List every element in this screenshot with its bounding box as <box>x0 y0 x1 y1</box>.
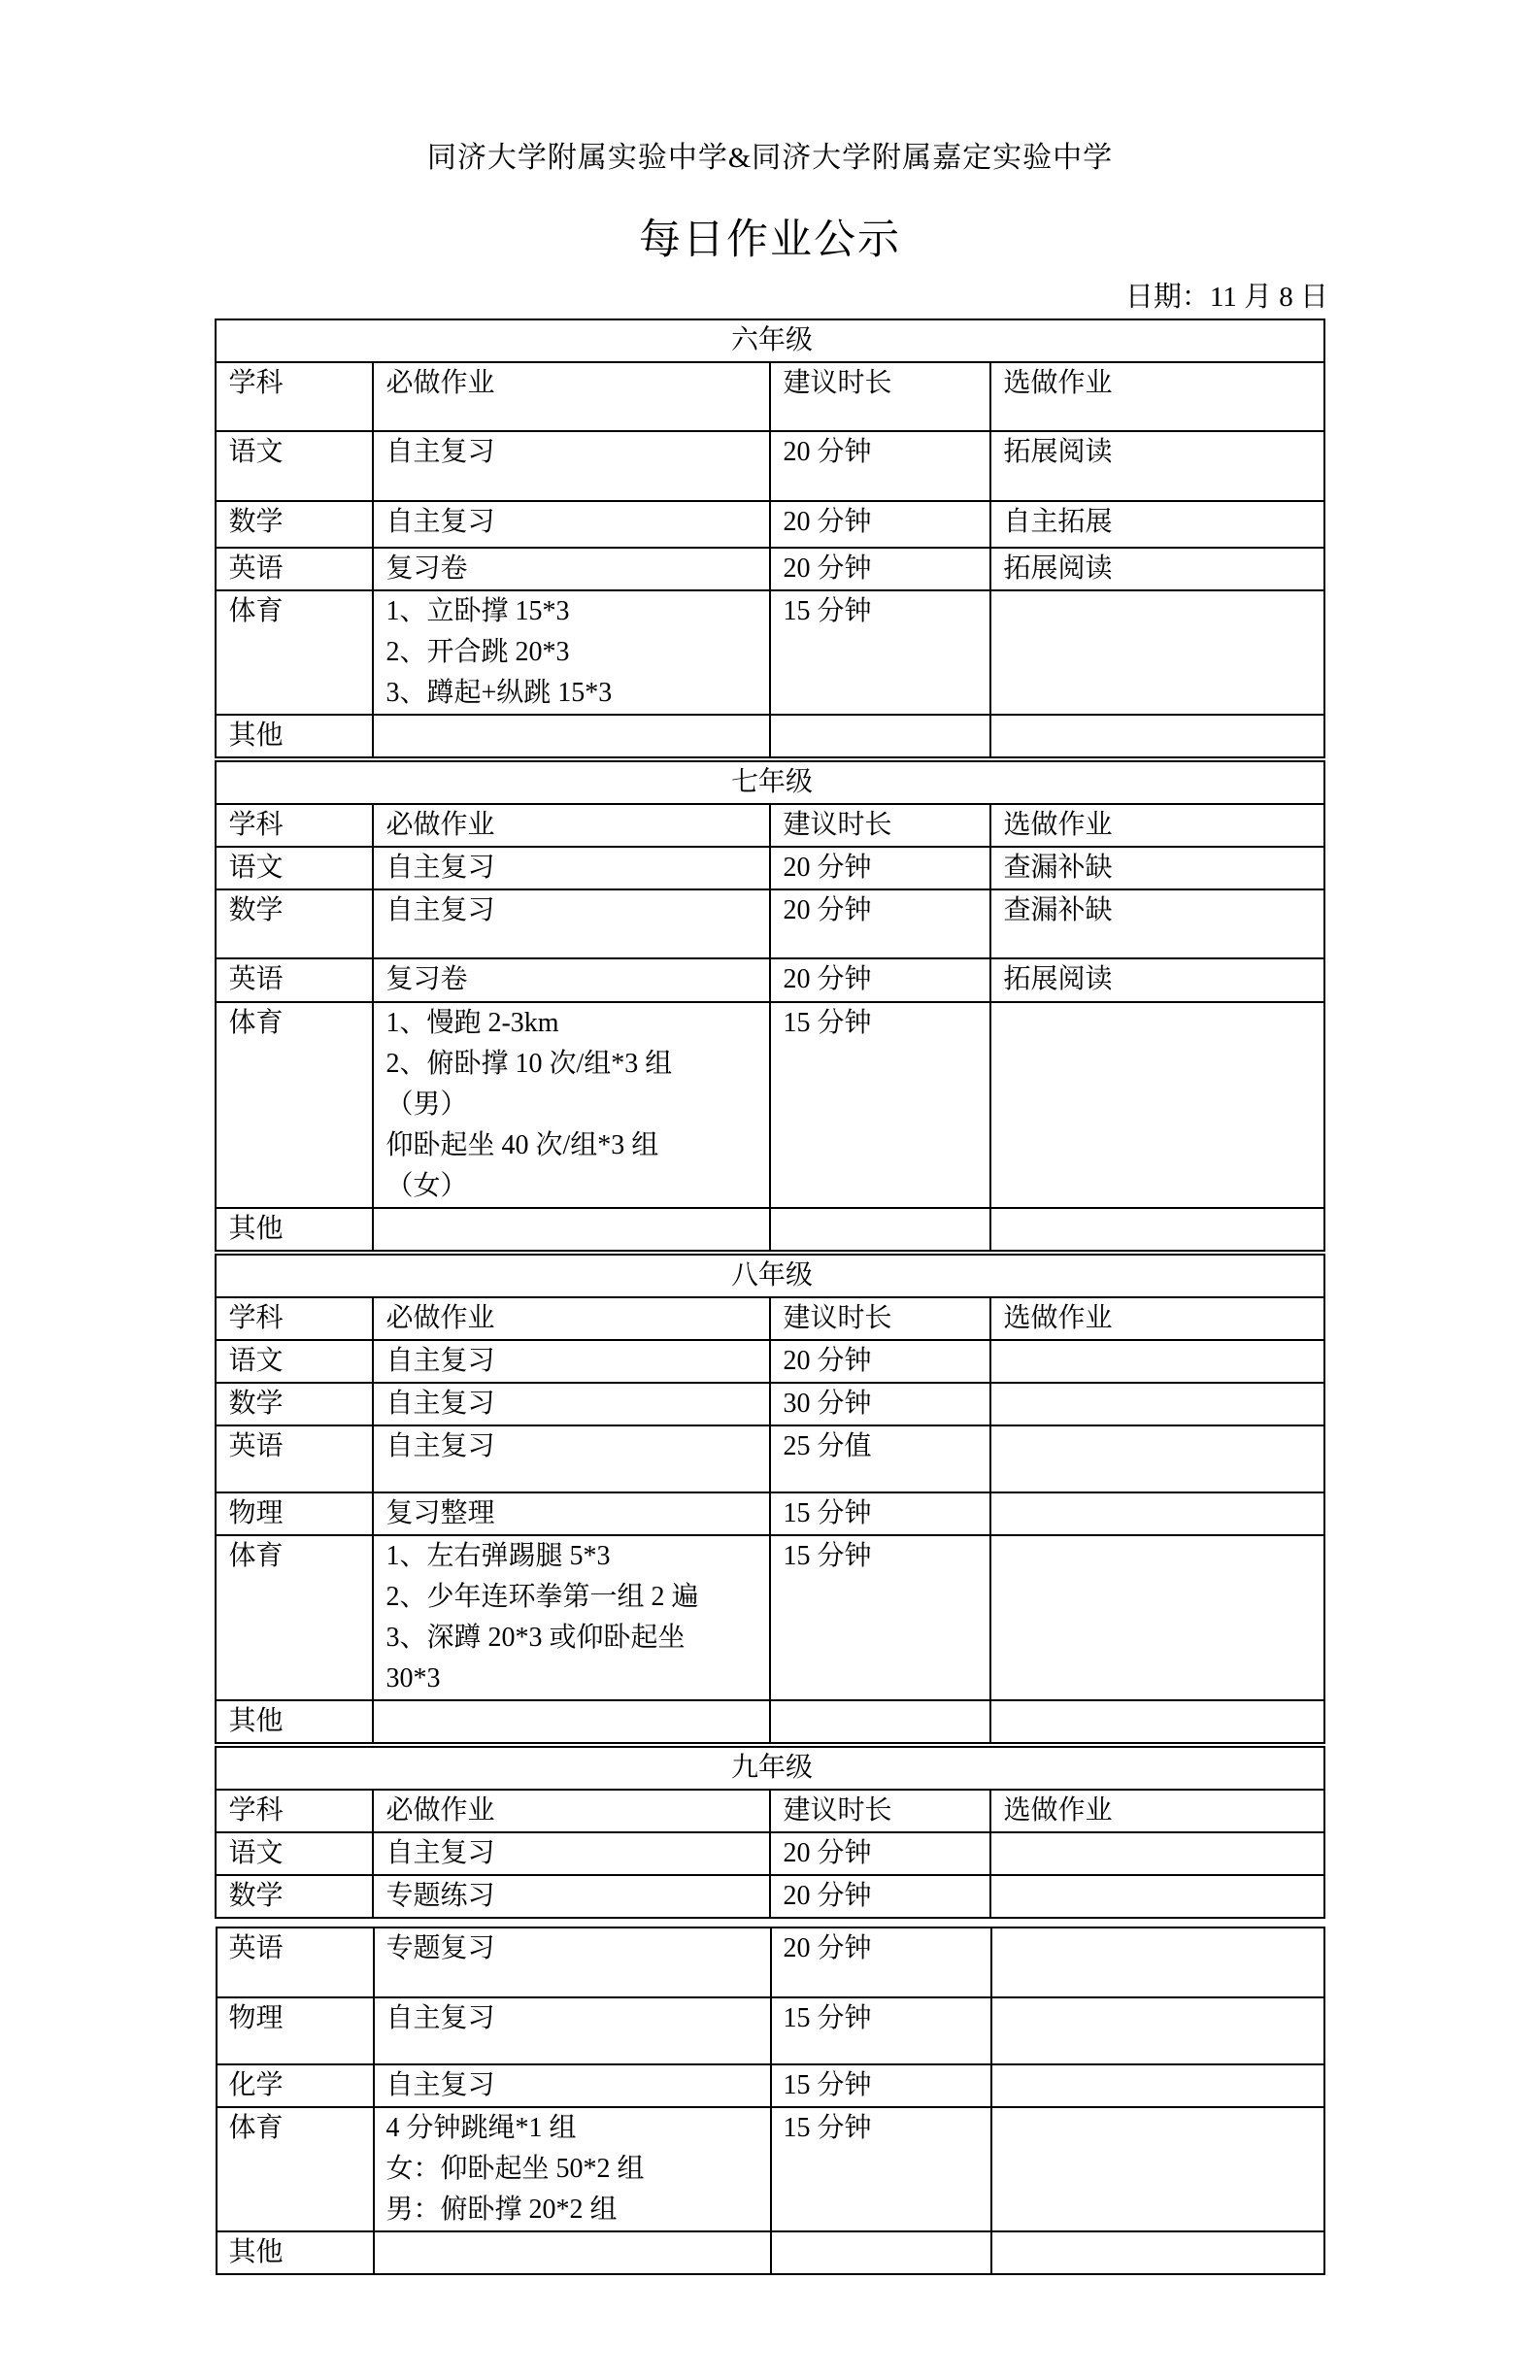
optional-cell: 自主拓展 <box>990 501 1323 548</box>
subject-cell: 化学 <box>217 2064 374 2107</box>
column-header-duration: 建议时长 <box>770 1790 990 1832</box>
required-cell: 自主复习 <box>373 501 770 548</box>
duration-cell <box>770 1208 990 1251</box>
optional-cell: 拓展阅读 <box>990 548 1323 590</box>
table-row: 数学 自主复习 20 分钟 自主拓展 <box>216 501 1323 548</box>
optional-cell <box>990 1383 1323 1425</box>
duration-cell: 15 分钟 <box>771 2064 991 2107</box>
grade-title: 八年级 <box>216 1255 1323 1297</box>
duration-cell: 25 分值 <box>770 1425 990 1492</box>
column-header-optional: 选做作业 <box>990 1790 1323 1832</box>
subject-cell: 语文 <box>216 1832 373 1875</box>
table-row: 其他 <box>216 715 1323 757</box>
required-cell <box>373 1700 770 1743</box>
required-line: 女：仰卧起坐 50*2 组 <box>386 2149 762 2190</box>
table-row: 体育 1、左右弹踢腿 5*3 2、少年连环拳第一组 2 遍 3、深蹲 20*3 … <box>216 1535 1323 1700</box>
grade-7-table: 七年级 学科 必做作业 建议时长 选做作业 语文 自主复习 20 分钟 查漏补缺… <box>215 760 1324 1252</box>
table-row: 数学 自主复习 20 分钟 查漏补缺 <box>216 889 1323 958</box>
subject-cell: 其他 <box>217 2231 374 2274</box>
optional-cell <box>990 1875 1323 1918</box>
required-line: 自主复习 <box>385 1426 761 1467</box>
required-line: 3、蹲起+纵跳 15*3 <box>385 673 761 714</box>
table-row: 语文 自主复习 20 分钟 拓展阅读 <box>216 431 1323 501</box>
required-line: 自主复习 <box>385 1341 761 1382</box>
subject-cell: 英语 <box>216 958 373 1002</box>
optional-cell <box>990 590 1323 715</box>
duration-cell: 20 分钟 <box>770 431 990 501</box>
table-row: 体育 4 分钟跳绳*1 组 女：仰卧起坐 50*2 组 男：俯卧撑 20*2 组… <box>217 2107 1324 2231</box>
grade-8-table: 八年级 学科 必做作业 建议时长 选做作业 语文 自主复习 20 分钟 数学 自… <box>215 1254 1324 1744</box>
optional-cell: 查漏补缺 <box>990 889 1323 958</box>
required-line: 3、深蹲 20*3 或仰卧起坐 <box>385 1618 761 1659</box>
required-line: 专题复习 <box>386 1928 762 1969</box>
table-row: 语文 自主复习 20 分钟 查漏补缺 <box>216 847 1323 889</box>
table-row: 数学 自主复习 30 分钟 <box>216 1383 1323 1425</box>
optional-cell: 拓展阅读 <box>990 958 1323 1002</box>
optional-cell <box>991 2107 1324 2231</box>
required-line: 2、少年连环拳第一组 2 遍 <box>385 1577 761 1618</box>
table-row: 英语 专题复习 20 分钟 <box>217 1927 1324 1997</box>
subject-cell: 语文 <box>216 431 373 501</box>
optional-cell <box>991 2231 1324 2274</box>
column-header-duration: 建议时长 <box>770 804 990 847</box>
duration-cell: 15 分钟 <box>770 1002 990 1208</box>
table-row: 语文 自主复习 20 分钟 <box>216 1832 1323 1875</box>
required-cell: 自主复习 <box>374 1997 771 2064</box>
required-cell: 专题复习 <box>374 1927 771 1997</box>
required-line: 4 分钟跳绳*1 组 <box>386 2108 762 2149</box>
column-header-required: 必做作业 <box>373 1297 770 1340</box>
column-header-duration: 建议时长 <box>770 1297 990 1340</box>
subject-cell: 其他 <box>216 1700 373 1743</box>
duration-cell <box>770 1700 990 1743</box>
grade-6-table: 六年级 学科 必做作业 建议时长 选做作业 语文 自主复习 20 分钟 拓展阅读… <box>215 318 1324 758</box>
duration-cell: 15 分钟 <box>771 2107 991 2231</box>
page-title: 每日作业公示 <box>0 218 1540 264</box>
column-header-duration: 建议时长 <box>770 362 990 431</box>
table-row: 英语 自主复习 25 分值 <box>216 1425 1323 1492</box>
optional-cell <box>990 1002 1323 1208</box>
optional-cell <box>990 1492 1323 1535</box>
subject-cell: 数学 <box>216 889 373 958</box>
column-header-optional: 选做作业 <box>990 1297 1323 1340</box>
optional-cell <box>990 1425 1323 1492</box>
required-line: 自主复习 <box>386 2065 762 2106</box>
required-cell: 自主复习 <box>373 1832 770 1875</box>
subject-cell: 其他 <box>216 1208 373 1251</box>
grade-title: 九年级 <box>216 1747 1323 1790</box>
subject-cell: 体育 <box>216 590 373 715</box>
duration-cell: 20 分钟 <box>770 889 990 958</box>
required-line: 2、俯卧撑 10 次/组*3 组 <box>385 1044 761 1085</box>
table-row: 体育 1、慢跑 2-3km 2、俯卧撑 10 次/组*3 组 （男） 仰卧起坐 … <box>216 1002 1323 1208</box>
subject-cell: 数学 <box>216 1383 373 1425</box>
required-line: 复习整理 <box>385 1493 761 1534</box>
school-title: 同济大学附属实验中学&同济大学附属嘉定实验中学 <box>0 0 1540 175</box>
required-line: 专题练习 <box>385 1876 761 1917</box>
column-header-subject: 学科 <box>216 1297 373 1340</box>
optional-cell <box>990 1340 1323 1383</box>
required-cell <box>373 715 770 757</box>
grade-9-table-part2: 英语 专题复习 20 分钟 物理 自主复习 15 分钟 化学 自主复习 15 分… <box>216 1927 1325 2275</box>
column-header-subject: 学科 <box>216 804 373 847</box>
duration-cell: 15 分钟 <box>770 1492 990 1535</box>
optional-cell <box>991 2064 1324 2107</box>
date-label: 日期：11 月 8 日 <box>212 282 1328 313</box>
required-cell: 自主复习 <box>374 2064 771 2107</box>
required-line: 自主复习 <box>385 1833 761 1874</box>
table-row: 其他 <box>216 1208 1323 1251</box>
duration-cell <box>770 715 990 757</box>
grade-title: 六年级 <box>216 319 1323 362</box>
column-header-required: 必做作业 <box>373 1790 770 1832</box>
table-row: 物理 自主复习 15 分钟 <box>217 1997 1324 2064</box>
subject-cell: 体育 <box>217 2107 374 2231</box>
required-cell: 自主复习 <box>373 847 770 889</box>
optional-cell: 拓展阅读 <box>990 431 1323 501</box>
required-cell: 自主复习 <box>373 1425 770 1492</box>
column-header-required: 必做作业 <box>373 362 770 431</box>
subject-cell: 物理 <box>217 1997 374 2064</box>
required-line: 自主复习 <box>385 1384 761 1425</box>
duration-cell: 15 分钟 <box>771 1997 991 2064</box>
required-cell: 1、左右弹踢腿 5*3 2、少年连环拳第一组 2 遍 3、深蹲 20*3 或仰卧… <box>373 1535 770 1700</box>
duration-cell <box>771 2231 991 2274</box>
optional-cell <box>990 1208 1323 1251</box>
required-line: 30*3 <box>385 1659 761 1699</box>
duration-cell: 20 分钟 <box>770 1832 990 1875</box>
subject-cell: 体育 <box>216 1535 373 1700</box>
duration-cell: 20 分钟 <box>770 958 990 1002</box>
required-cell: 专题练习 <box>373 1875 770 1918</box>
subject-cell: 数学 <box>216 501 373 548</box>
subject-cell: 数学 <box>216 1875 373 1918</box>
duration-cell: 15 分钟 <box>770 590 990 715</box>
table-row: 其他 <box>216 1700 1323 1743</box>
required-line: 仰卧起坐 40 次/组*3 组 <box>385 1125 761 1166</box>
duration-cell: 20 分钟 <box>770 1875 990 1918</box>
subject-cell: 语文 <box>216 1340 373 1383</box>
table-row: 英语 复习卷 20 分钟 拓展阅读 <box>216 548 1323 590</box>
required-line: 复习卷 <box>385 959 761 1000</box>
required-line: 复习卷 <box>385 549 761 589</box>
required-line: 1、慢跑 2-3km <box>385 1003 761 1044</box>
optional-cell <box>991 1997 1324 2064</box>
optional-cell <box>990 715 1323 757</box>
optional-cell <box>990 1535 1323 1700</box>
subject-cell: 语文 <box>216 847 373 889</box>
required-line: 自主复习 <box>385 502 761 543</box>
required-cell: 自主复习 <box>373 431 770 501</box>
table-row: 数学 专题练习 20 分钟 <box>216 1875 1323 1918</box>
required-cell: 复习整理 <box>373 1492 770 1535</box>
required-line: 1、左右弹踢腿 5*3 <box>385 1536 761 1577</box>
column-header-subject: 学科 <box>216 362 373 431</box>
table-row: 化学 自主复习 15 分钟 <box>217 2064 1324 2107</box>
table-row: 英语 复习卷 20 分钟 拓展阅读 <box>216 958 1323 1002</box>
duration-cell: 20 分钟 <box>770 501 990 548</box>
column-header-required: 必做作业 <box>373 804 770 847</box>
required-line: 自主复习 <box>385 848 761 888</box>
duration-cell: 15 分钟 <box>770 1535 990 1700</box>
duration-cell: 30 分钟 <box>770 1383 990 1425</box>
duration-cell: 20 分钟 <box>770 847 990 889</box>
grade-9-table-part1: 九年级 学科 必做作业 建议时长 选做作业 语文 自主复习 20 分钟 数学 专… <box>215 1746 1324 1919</box>
optional-cell <box>990 1700 1323 1743</box>
optional-cell <box>990 1832 1323 1875</box>
required-cell: 1、慢跑 2-3km 2、俯卧撑 10 次/组*3 组 （男） 仰卧起坐 40 … <box>373 1002 770 1208</box>
required-cell: 自主复习 <box>373 1340 770 1383</box>
required-cell: 复习卷 <box>373 958 770 1002</box>
required-line: 自主复习 <box>385 890 761 931</box>
required-cell <box>373 1208 770 1251</box>
required-cell: 自主复习 <box>373 889 770 958</box>
required-cell <box>374 2231 771 2274</box>
column-header-optional: 选做作业 <box>990 362 1323 431</box>
subject-cell: 体育 <box>216 1002 373 1208</box>
subject-cell: 英语 <box>216 548 373 590</box>
duration-cell: 20 分钟 <box>771 1927 991 1997</box>
subject-cell: 英语 <box>216 1425 373 1492</box>
optional-cell <box>991 1927 1324 1997</box>
required-cell: 自主复习 <box>373 1383 770 1425</box>
duration-cell: 20 分钟 <box>770 1340 990 1383</box>
required-line: 2、开合跳 20*3 <box>385 632 761 673</box>
column-header-optional: 选做作业 <box>990 804 1323 847</box>
required-cell: 4 分钟跳绳*1 组 女：仰卧起坐 50*2 组 男：俯卧撑 20*2 组 <box>374 2107 771 2231</box>
column-header-subject: 学科 <box>216 1790 373 1832</box>
optional-cell: 查漏补缺 <box>990 847 1323 889</box>
table-row: 语文 自主复习 20 分钟 <box>216 1340 1323 1383</box>
required-line: （女） <box>385 1166 761 1207</box>
required-line: 男：俯卧撑 20*2 组 <box>386 2190 762 2230</box>
duration-cell: 20 分钟 <box>770 548 990 590</box>
subject-cell: 物理 <box>216 1492 373 1535</box>
subject-cell: 英语 <box>217 1927 374 1997</box>
required-line: 自主复习 <box>386 1998 762 2039</box>
required-cell: 复习卷 <box>373 548 770 590</box>
table-row: 物理 复习整理 15 分钟 <box>216 1492 1323 1535</box>
table-row: 体育 1、立卧撑 15*3 2、开合跳 20*3 3、蹲起+纵跳 15*3 15… <box>216 590 1323 715</box>
subject-cell: 其他 <box>216 715 373 757</box>
required-line: 1、立卧撑 15*3 <box>385 591 761 632</box>
grade-title: 七年级 <box>216 761 1323 804</box>
required-line: （男） <box>385 1085 761 1125</box>
required-line: 自主复习 <box>385 432 761 473</box>
required-cell: 1、立卧撑 15*3 2、开合跳 20*3 3、蹲起+纵跳 15*3 <box>373 590 770 715</box>
table-row: 其他 <box>217 2231 1324 2274</box>
